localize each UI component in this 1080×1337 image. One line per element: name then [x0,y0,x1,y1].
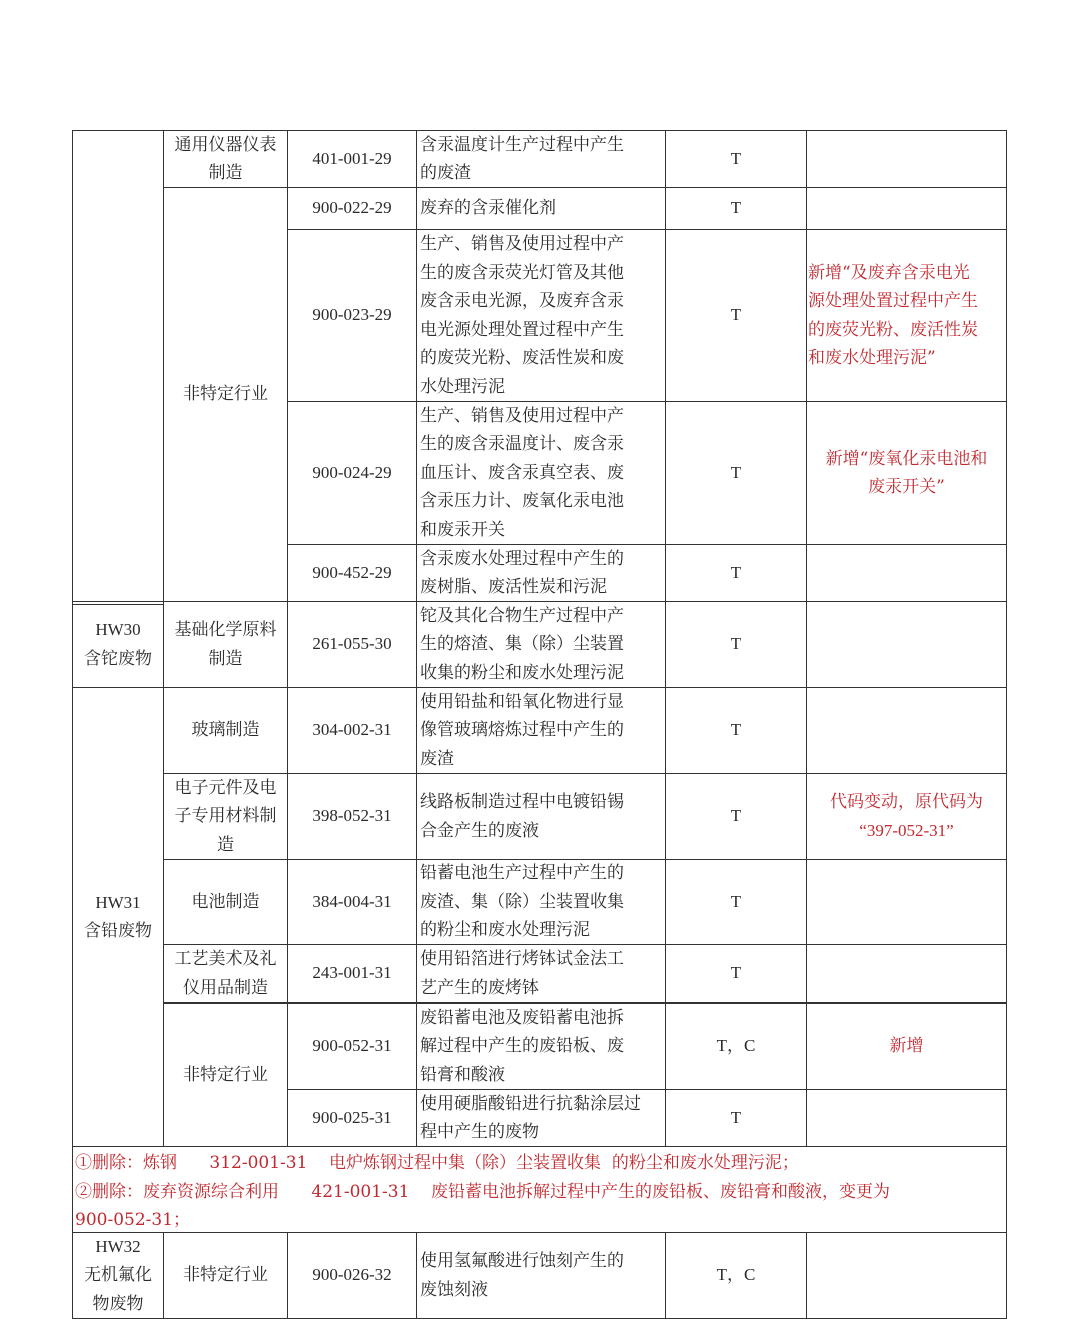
industry-cell: 非特定行业 [163,1003,288,1147]
waste-code: 900-025-31 [287,1089,417,1147]
waste-description: 使用铅箔进行烤钵试金法工 艺产生的废烤钵 [416,944,666,1004]
remark-cell [806,1089,1007,1147]
note-line-1: ①删除：炼钢 312-001-31 电炉炼钢过程中集（除）尘装置收集 的粉尘和废… [75,1149,1006,1178]
waste-description: 含汞温度计生产过程中产生 的废渣 [416,130,666,188]
hazard-characteristic: T [665,130,807,188]
remark-cell [806,944,1007,1004]
remark-cell [806,130,1007,188]
waste-code: 384-004-31 [287,859,417,945]
waste-description: 使用铅盐和铅氧化物进行显 像管玻璃熔炼过程中产生的 废渣 [416,687,666,774]
waste-description: 废弃的含汞催化剂 [416,187,666,230]
waste-code: 398-052-31 [287,773,417,860]
waste-code: 243-001-31 [287,944,417,1004]
remark-cell [806,859,1007,945]
industry-cell: 玻璃制造 [163,687,288,774]
remark-cell: 新增“废氧化汞电池和 废汞开关” [806,401,1007,545]
hazard-characteristic: T [665,544,807,602]
remark-cell: 新增 [806,1003,1007,1090]
waste-code: 900-023-29 [287,229,417,402]
industry-cell: 基础化学原料 制造 [163,601,288,688]
industry-cell: 非特定行业 [163,1232,288,1319]
category-cell-hw30: HW30 含铊废物 [72,601,164,688]
remark-cell [806,544,1007,602]
deletion-notes: ①删除：炼钢 312-001-31 电炉炼钢过程中集（除）尘装置收集 的粉尘和废… [72,1146,1007,1233]
category-cell-hw31: HW31 含铅废物 [72,687,164,1147]
waste-description: 线路板制造过程中电镀铅锡 合金产生的废液 [416,773,666,860]
waste-code: 900-022-29 [287,187,417,230]
waste-code: 900-026-32 [287,1232,417,1319]
waste-code: 900-052-31 [287,1003,417,1090]
industry-cell: 通用仪器仪表 制造 [163,130,288,188]
hazard-characteristic: T [665,773,807,860]
waste-description: 生产、销售及使用过程中产 生的废含汞温度计、废含汞 血压计、废含汞真空表、废 含… [416,401,666,545]
hazard-characteristic: T [665,401,807,545]
hazard-characteristic: T，C [665,1003,807,1090]
remark-cell [806,601,1007,688]
waste-description: 含汞废水处理过程中产生的 废树脂、废活性炭和污泥 [416,544,666,602]
waste-code: 900-452-29 [287,544,417,602]
remark-cell: 新增“及废弃含汞电光 源处理处置过程中产生 的废荧光粉、废活性炭 和废水处理污泥… [806,229,1007,402]
hazard-characteristic: T [665,859,807,945]
waste-description: 废铅蓄电池及废铅蓄电池拆 解过程中产生的废铅板、废 铅膏和酸液 [416,1003,666,1090]
industry-cell: 电子元件及电 子专用材料制 造 [163,773,288,860]
waste-description: 生产、销售及使用过程中产 生的废含汞荧光灯管及其他 废含汞电光源，及废弃含汞 电… [416,229,666,402]
note-line-2: ②删除：废弃资源综合利用 421-001-31 废铅蓄电池拆解过程中产生的废铅板… [75,1178,1006,1207]
waste-description: 使用硬脂酸铅进行抗黏涂层过 程中产生的废物 [416,1089,666,1147]
waste-code: 900-024-29 [287,401,417,545]
hazard-characteristic: T [665,601,807,688]
waste-description: 铅蓄电池生产过程中产生的 废渣、集（除）尘装置收集 的粉尘和废水处理污泥 [416,859,666,945]
remark-cell: 代码变动，原代码为 “397-052-31” [806,773,1007,860]
category-cell-hw32: HW32 无机氟化 物废物 [72,1232,164,1319]
waste-code: 401-001-29 [287,130,417,188]
hazard-characteristic: T [665,229,807,402]
waste-description: 使用氢氟酸进行蚀刻产生的 废蚀刻液 [416,1232,666,1319]
remark-cell [806,687,1007,774]
industry-cell: 电池制造 [163,859,288,945]
remark-cell [806,187,1007,230]
hazard-characteristic: T，C [665,1232,807,1319]
waste-code: 261-055-30 [287,601,417,688]
industry-cell: 非特定行业 [163,187,288,602]
hazard-characteristic: T [665,187,807,230]
note-line-3: 900-052-31； [75,1206,1006,1235]
waste-code: 304-002-31 [287,687,417,774]
hazard-characteristic: T [665,687,807,774]
hazard-characteristic: T [665,944,807,1004]
industry-cell: 工艺美术及礼 仪用品制造 [163,944,288,1004]
category-cell-hw29-continued [72,130,164,605]
hazard-characteristic: T [665,1089,807,1147]
waste-description: 铊及其化合物生产过程中产 生的熔渣、集（除）尘装置 收集的粉尘和废水处理污泥 [416,601,666,688]
remark-cell [806,1232,1007,1319]
